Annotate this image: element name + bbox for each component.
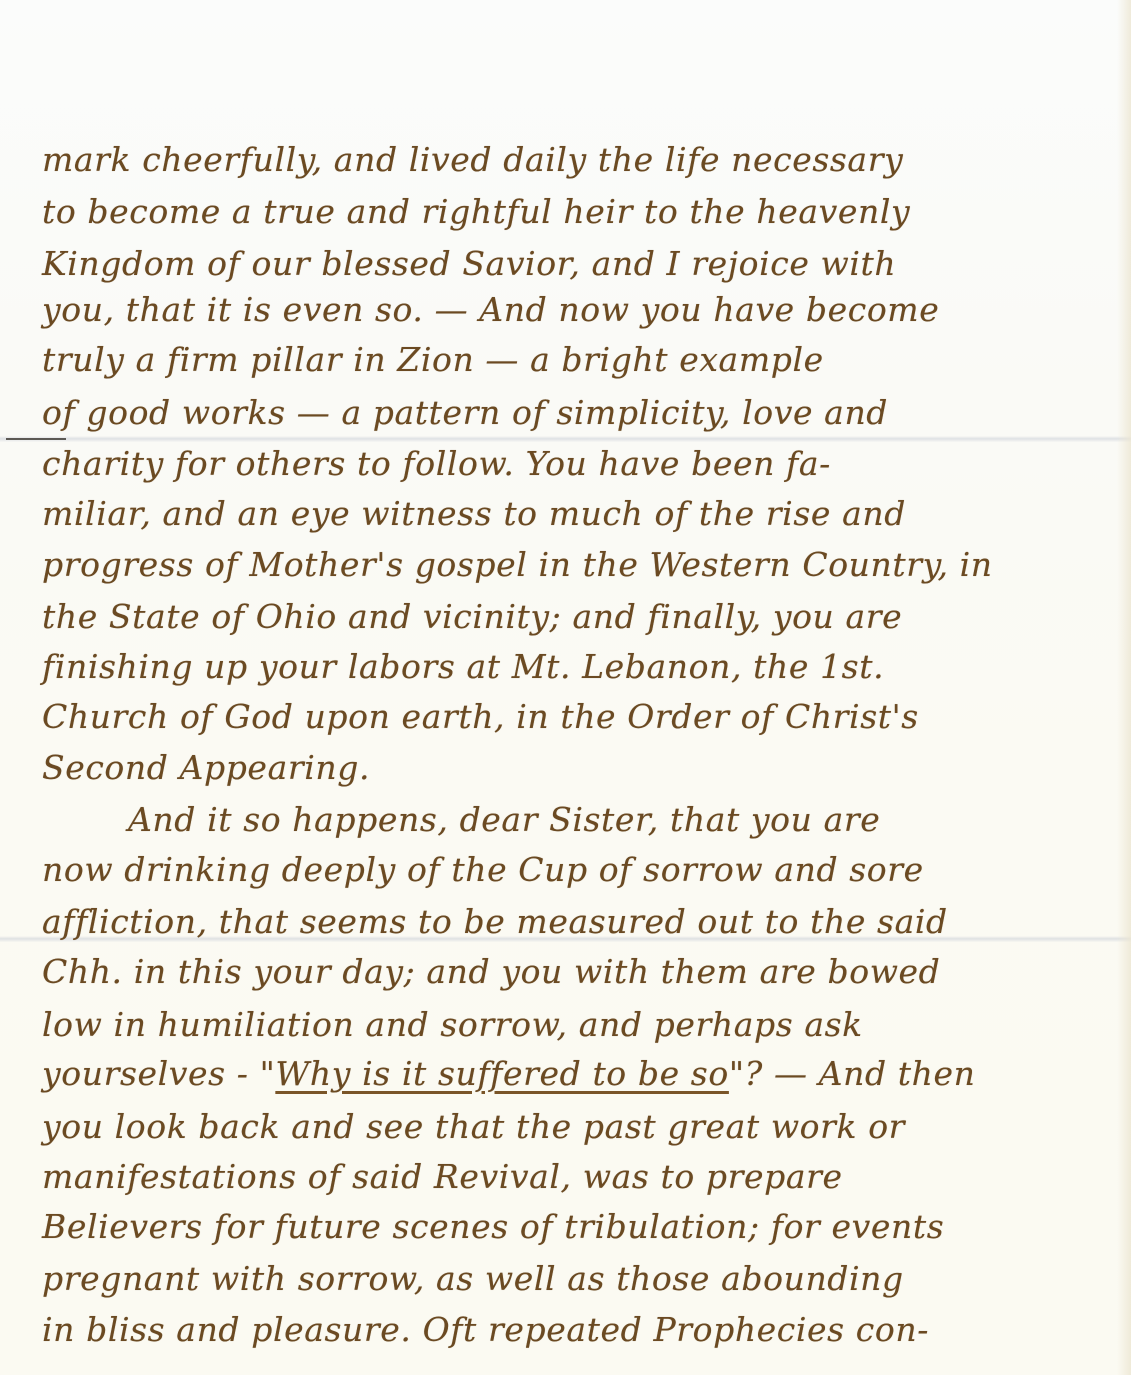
quote-open: " <box>260 1054 276 1093</box>
text-line: mark cheerfully, and lived daily the lif… <box>42 143 1091 176</box>
text-line: pregnant with sorrow, as well as those a… <box>42 1262 1091 1295</box>
line-prefix: yourselves - <box>42 1054 260 1093</box>
text-line: the State of Ohio and vicinity; and fina… <box>42 600 1091 633</box>
text-line-quotation: yourselves - "Why is it suffered to be s… <box>42 1057 1091 1090</box>
text-line: low in humiliation and sorrow, and perha… <box>42 1008 1091 1041</box>
text-line: Kingdom of our blessed Savior, and I rej… <box>42 247 1091 280</box>
text-line: now drinking deeply of the Cup of sorrow… <box>42 853 1091 886</box>
text-line: you look back and see that the past grea… <box>42 1110 1091 1143</box>
text-line: truly a firm pillar in Zion — a bright e… <box>42 343 1091 376</box>
text-line: miliar, and an eye witness to much of th… <box>42 497 1091 530</box>
text-line: Second Appearing. <box>42 751 1091 784</box>
text-line: charity for others to follow. You have b… <box>42 447 1091 480</box>
letter-page: mark cheerfully, and lived daily the lif… <box>0 0 1131 1375</box>
text-line: manifestations of said Revival, was to p… <box>42 1160 1091 1193</box>
text-line-paragraph-start: And it so happens, dear Sister, that you… <box>128 803 1091 836</box>
line-suffix: And then <box>819 1054 976 1093</box>
text-line: in bliss and pleasure. Oft repeated Prop… <box>42 1313 1091 1346</box>
text-line: to become a true and rightful heir to th… <box>42 195 1091 228</box>
text-line: progress of Mother's gospel in the Weste… <box>42 548 1091 581</box>
text-line: Believers for future scenes of tribulati… <box>42 1210 1091 1243</box>
quote-close: "? — <box>729 1054 819 1093</box>
underlined-quote: Why is it suffered to be so <box>275 1054 728 1093</box>
text-line: you, that it is even so. — And now you h… <box>42 293 1091 326</box>
text-line: of good works — a pattern of simplicity,… <box>42 396 1091 429</box>
text-line: affliction, that seems to be measured ou… <box>42 905 1091 938</box>
text-line: Church of God upon earth, in the Order o… <box>42 700 1091 733</box>
text-line: finishing up your labors at Mt. Lebanon,… <box>42 650 1091 683</box>
handwritten-text-body: mark cheerfully, and lived daily the lif… <box>0 0 1131 1375</box>
text-line: Chh. in this your day; and you with them… <box>42 955 1091 988</box>
